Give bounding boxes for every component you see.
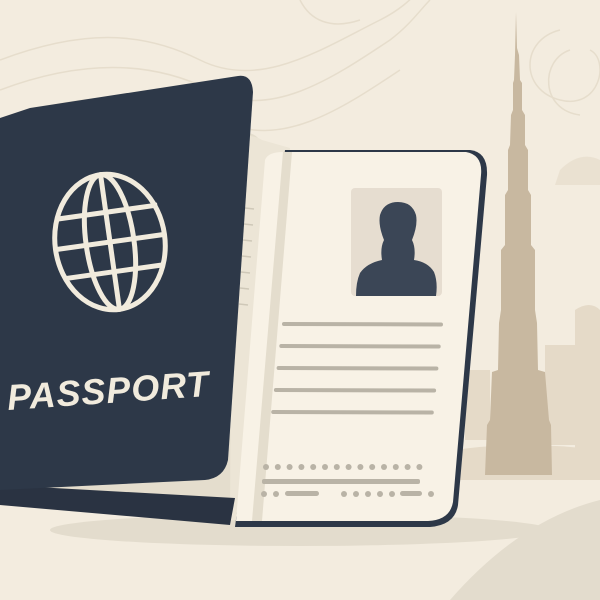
passport-cover <box>0 76 253 490</box>
passport-illustration: PASSPORT <box>0 0 600 600</box>
